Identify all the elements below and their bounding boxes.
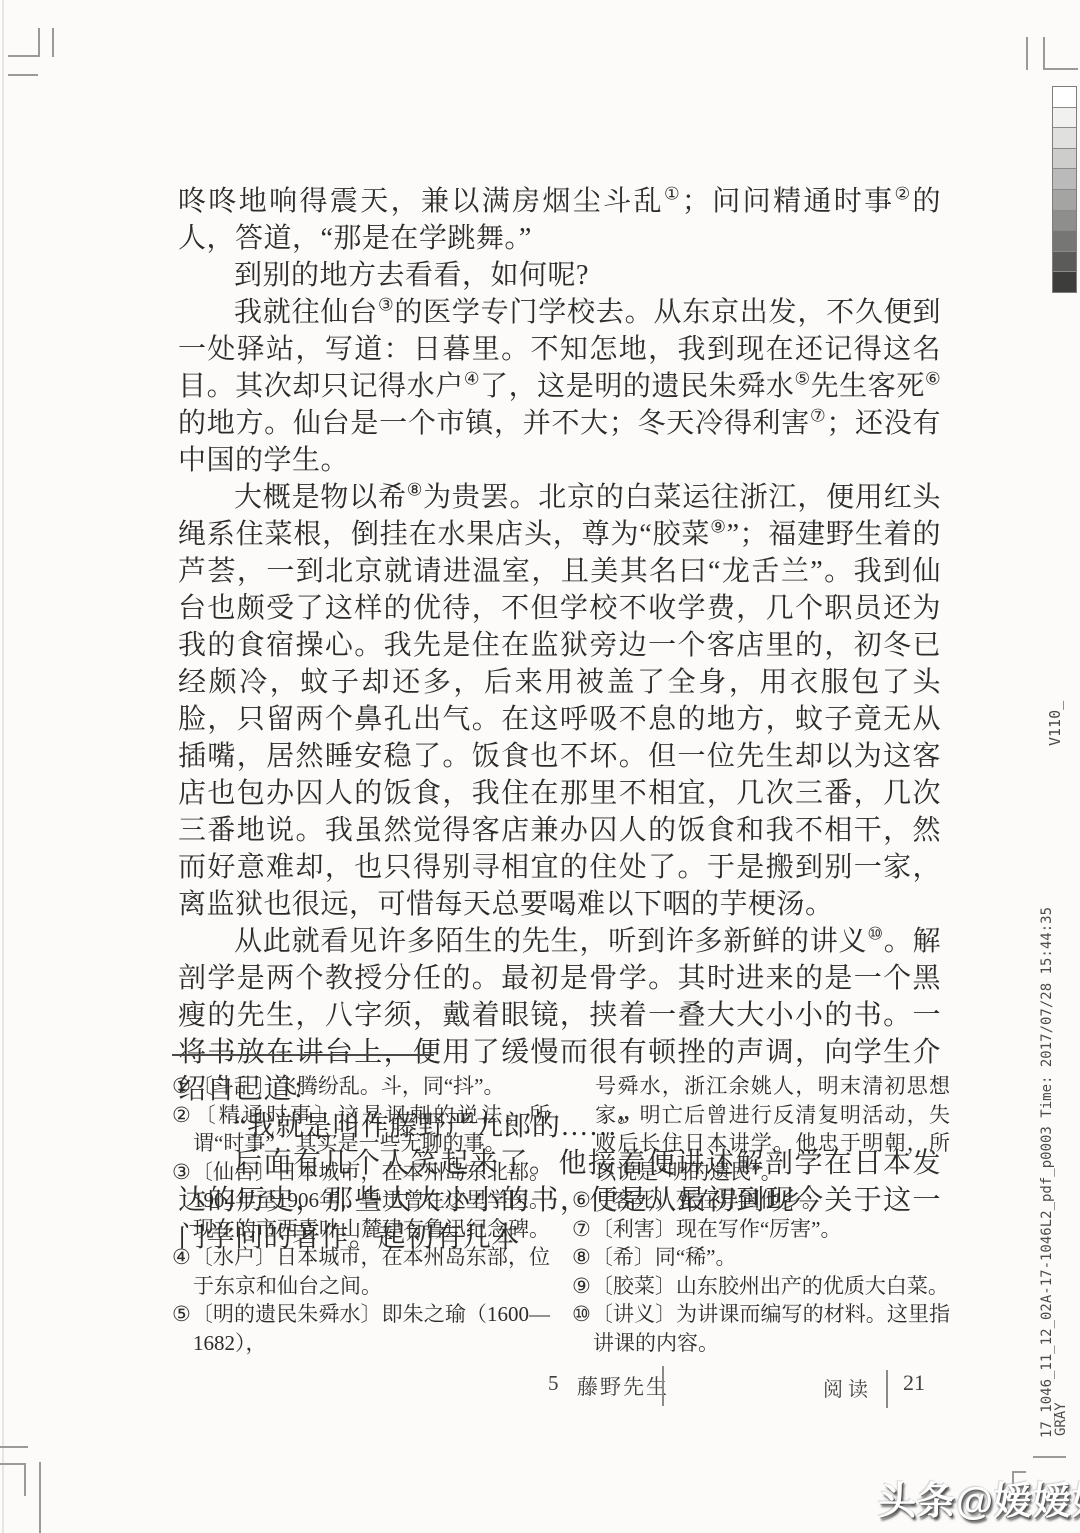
footnote-marker: ① xyxy=(172,1074,191,1098)
footnote-item: ⑧〔希〕同“稀”。 xyxy=(572,1243,950,1272)
footnote-marker: ⑩ xyxy=(572,1302,591,1326)
footnote-marker: ⑤ xyxy=(172,1302,191,1326)
footer-divider xyxy=(886,1370,888,1408)
crop-mark xyxy=(38,28,40,57)
footnote-ref: ⑨ xyxy=(710,518,726,537)
footnote-item: ⑨〔胶菜〕山东胶州出产的优质大白菜。 xyxy=(572,1272,950,1301)
footnote-item: ④〔水户〕日本城市，在本州岛东部，位于东京和仙台之间。 xyxy=(172,1243,550,1300)
grayscale-step xyxy=(1053,252,1076,273)
footer-lesson-title: 藤野先生 xyxy=(577,1371,669,1401)
footnote-ref: ⑦ xyxy=(810,407,826,426)
footnote-marker: ⑦ xyxy=(572,1217,591,1241)
footnote-item: ①〔斗乱〕飞腾纷乱。斗，同“抖”。 xyxy=(172,1072,550,1101)
crop-mark xyxy=(24,1463,26,1496)
grayscale-step xyxy=(1053,128,1076,149)
grayscale-step xyxy=(1053,211,1076,232)
crop-mark xyxy=(1026,37,1028,70)
print-gray-label: GRAY xyxy=(1053,1402,1069,1436)
footnote-ref: ① xyxy=(664,185,682,204)
footnotes: ①〔斗乱〕飞腾纷乱。斗，同“抖”。②〔精通时事〕这是讽刺的说法。所谓“时事”，其… xyxy=(172,1072,950,1357)
crop-mark xyxy=(52,28,54,57)
footnote-item: ③〔仙台〕日本城市，在本州岛东北部。1904年至1906年，鲁迅曾在这里学医。现… xyxy=(172,1158,550,1244)
crop-mark xyxy=(0,1446,28,1448)
footnote-marker: ③ xyxy=(172,1160,191,1184)
grayscale-step xyxy=(1053,169,1076,190)
grayscale-calibration-bar xyxy=(1052,86,1077,293)
footnote-item: ⑥〔客死〕死在异国他乡。 xyxy=(572,1186,950,1215)
print-file-code: 17_1046_11_12_02A-17-1046L2_pdf_p0003 Ti… xyxy=(1039,907,1055,1438)
footnote-ref: ⑥ xyxy=(925,370,941,389)
crop-mark xyxy=(39,1462,41,1533)
footnote-ref: ③ xyxy=(378,296,394,315)
footnote-ref: ⑤ xyxy=(794,370,810,389)
paragraph: 到别的地方去看看，如何呢? xyxy=(178,257,941,294)
grayscale-step xyxy=(1053,108,1076,129)
grayscale-step xyxy=(1053,231,1076,252)
paragraph: 我就往仙台③的医学专门学校去。从东京出发，不久便到一处驿站，写道：日暮里。不知怎… xyxy=(178,294,941,479)
grayscale-step xyxy=(1053,87,1076,108)
paragraph: 大概是物以希⑧为贵罢。北京的白菜运往浙江，便用红头绳系住菜根，倒挂在水果店头，尊… xyxy=(178,479,941,923)
footnote-column: ①〔斗乱〕飞腾纷乱。斗，同“抖”。②〔精通时事〕这是讽刺的说法。所谓“时事”，其… xyxy=(172,1072,550,1357)
textbook-page-scan: 咚咚地响得震天，兼以满房烟尘斗乱①；问问精通时事②的人，答道，“那是在学跳舞。”… xyxy=(0,0,1080,1533)
scan-edge-artifact xyxy=(2,0,4,1533)
footnote-item: ⑦〔利害〕现在写作“厉害”。 xyxy=(572,1215,950,1244)
footer-page-number: 21 xyxy=(903,1370,925,1396)
footnote-marker: ④ xyxy=(172,1245,191,1269)
footnote-separator xyxy=(172,1054,434,1056)
footnote-ref: ⑧ xyxy=(407,481,423,500)
print-version-code: V110_ xyxy=(1046,701,1064,746)
footer-lesson-number: 5 xyxy=(548,1371,559,1396)
footnote-item: ⑩〔讲义〕为讲课而编写的材料。这里指讲课的内容。 xyxy=(572,1300,950,1357)
paragraph: 咚咚地响得震天，兼以满房烟尘斗乱①；问问精通时事②的人，答道，“那是在学跳舞。” xyxy=(178,183,941,257)
footnote-ref: ⑩ xyxy=(867,925,883,944)
crop-mark xyxy=(8,74,38,76)
footnote-marker: ⑨ xyxy=(572,1274,591,1298)
crop-mark xyxy=(8,55,40,57)
footnote-marker: ⑥ xyxy=(572,1188,591,1212)
footnote-item: ⑤〔明的遗民朱舜水〕即朱之瑜（1600—1682）， xyxy=(172,1300,550,1357)
grayscale-step xyxy=(1053,149,1076,170)
footnote-item: 号舜水，浙江余姚人，明末清初思想家。明亡后曾进行反清复明活动，失败后长住日本讲学… xyxy=(572,1072,950,1186)
crop-mark xyxy=(1043,68,1078,70)
footnote-column: 号舜水，浙江余姚人，明末清初思想家。明亡后曾进行反清复明活动，失败后长住日本讲学… xyxy=(572,1072,950,1357)
footnote-ref: ④ xyxy=(464,370,480,389)
footnote-marker: ② xyxy=(172,1103,194,1127)
watermark: 头条@嫒嫒妈 xyxy=(878,1470,1080,1525)
crop-mark xyxy=(0,1463,26,1465)
footer-divider xyxy=(662,1366,664,1406)
crop-mark xyxy=(1033,1456,1066,1458)
footnote-marker: ⑧ xyxy=(572,1245,591,1269)
crop-mark xyxy=(1043,37,1045,70)
footnote-ref: ② xyxy=(895,185,913,204)
footer-section-label: 阅 读 xyxy=(823,1373,868,1402)
footnote-item: ②〔精通时事〕这是讽刺的说法。所谓“时事”，其实是一些无聊的事。 xyxy=(172,1101,550,1158)
grayscale-step xyxy=(1053,190,1076,211)
grayscale-step xyxy=(1053,272,1076,292)
